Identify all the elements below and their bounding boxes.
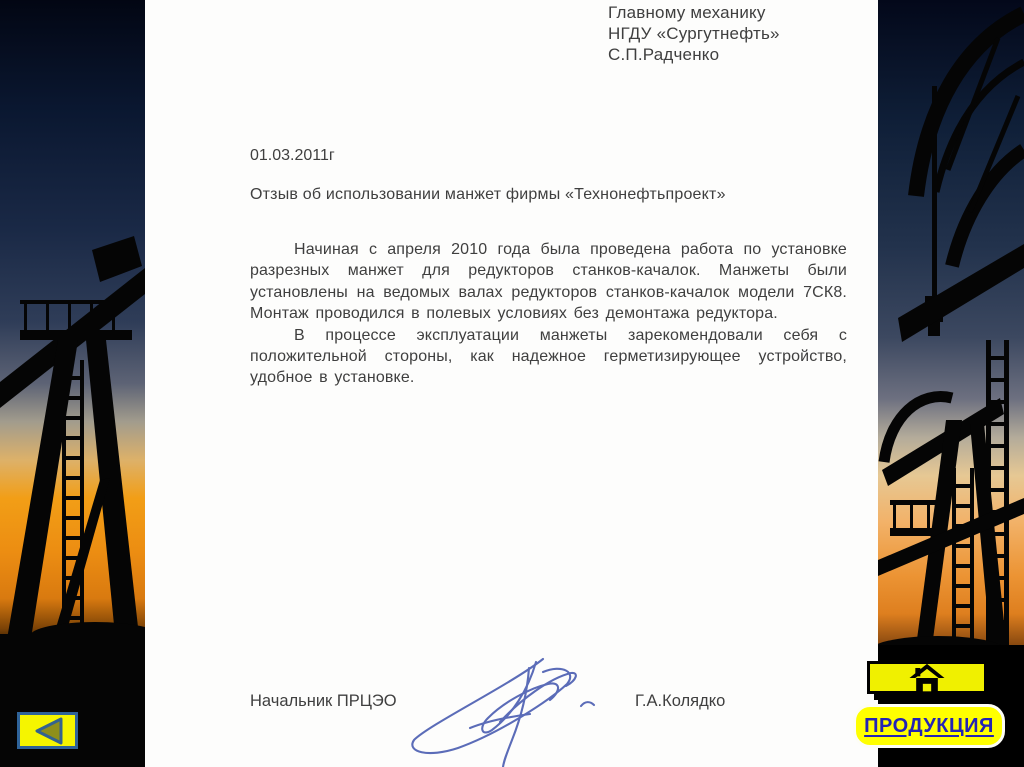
recipient-line: С.П.Радченко [608,44,780,65]
letter-paragraph: Начиная с апреля 2010 года была проведен… [250,239,847,325]
back-arrow-icon [31,716,65,746]
recipient-block: Главному механику НГДУ «Сургутнефть» С.П… [608,2,780,65]
background-left-sunset [0,0,145,767]
letter-body: Начиная с апреля 2010 года была проведен… [250,239,847,389]
letter-date: 01.03.2011г [250,147,335,165]
home-icon [905,663,949,693]
signoff-position: Начальник ПРЦЭО [250,692,397,711]
signature-ink [400,640,630,767]
slide: Главному механику НГДУ «Сургутнефть» С.П… [0,0,1024,767]
products-link[interactable]: ПРОДУКЦИЯ [853,704,1005,748]
letter-document: Главному механику НГДУ «Сургутнефть» С.П… [145,0,878,767]
letter-title: Отзыв об использовании манжет фирмы «Тех… [250,186,726,204]
products-link-label: ПРОДУКЦИЯ [864,715,994,738]
home-button[interactable] [867,661,987,694]
letter-paragraph: В процессе эксплуатации манжеты зарекоме… [250,325,847,389]
signoff-name: Г.А.Колядко [635,692,725,711]
recipient-line: НГДУ «Сургутнефть» [608,23,780,44]
recipient-line: Главному механику [608,2,780,23]
pumpjack-silhouette-left [0,0,145,767]
back-button[interactable] [17,712,78,749]
